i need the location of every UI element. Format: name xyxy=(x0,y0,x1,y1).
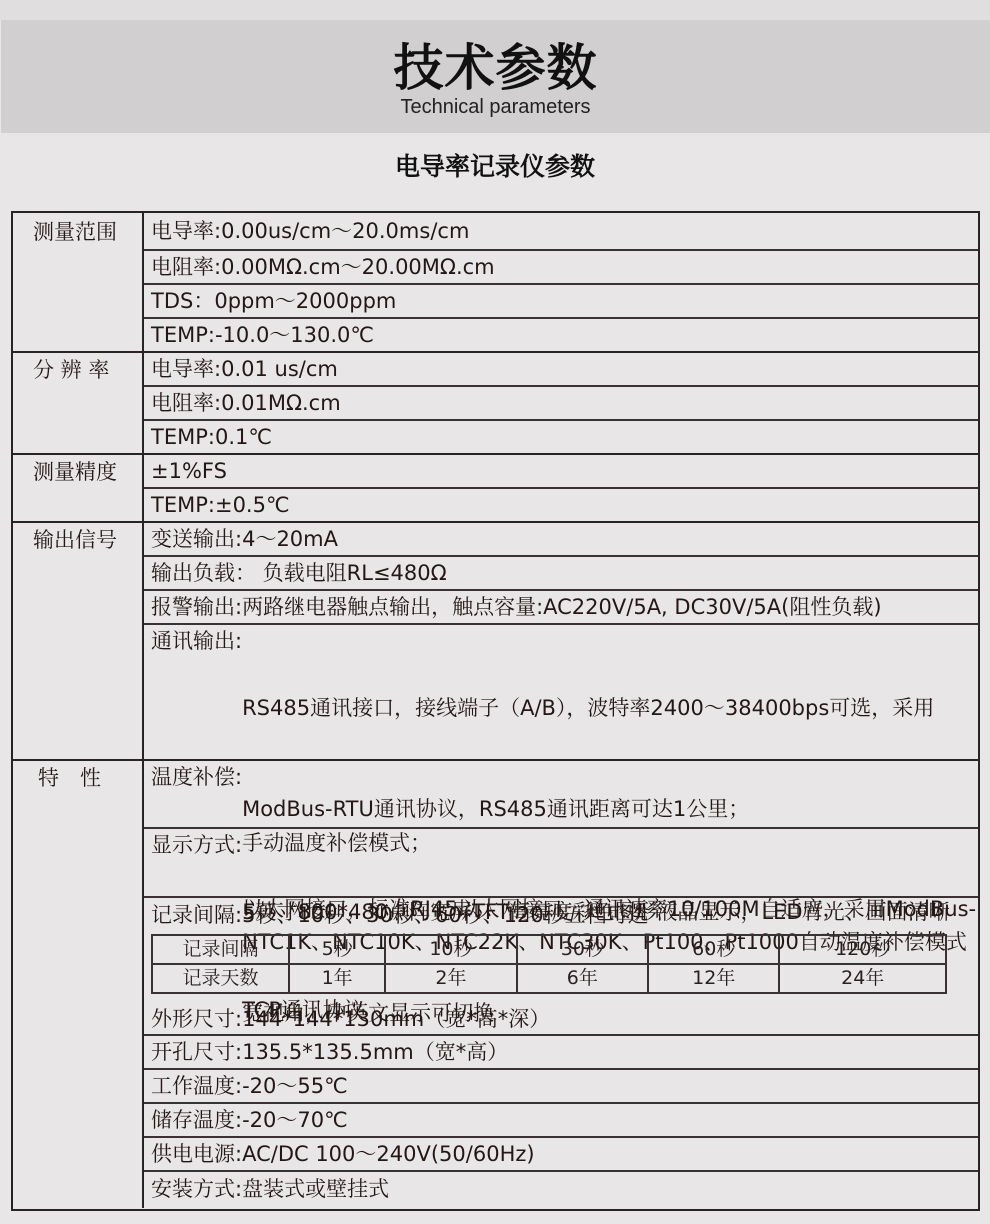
spec-label: TEMP: xyxy=(151,319,215,351)
spec-row: 工作温度: -20～55℃ xyxy=(144,1068,978,1102)
spec-label: 变送输出: xyxy=(151,523,242,555)
spec-group-output-signal: 输出信号 变送输出: 4～20mA 输出负载： 负载电阻RL≤480Ω 报警输出… xyxy=(13,521,978,759)
table-cell: 6年 xyxy=(517,964,648,993)
spec-row: ±1%FS xyxy=(144,455,978,487)
spec-group-features: 特 性 温度补偿: 手动温度补偿模式； NTC1K、NTC10K、NTC22K、… xyxy=(13,759,978,1208)
spec-group-measurement-range: 测量范围 电导率: 0.00us/cm～20.0ms/cm 电阻率: 0.00M… xyxy=(13,213,978,351)
spec-row-record-interval: 记录间隔:5秒、10秒、30秒、60秒、120秒五档可选 记录间隔 5秒 10秒… xyxy=(144,896,978,1034)
spec-row: 电导率: 0.01 us/cm xyxy=(144,353,978,385)
spec-row: 通讯输出: RS485通讯接口，接线端子（A/B），波特率2400～38400b… xyxy=(144,623,978,759)
spec-row: 供电电源: AC/DC 100～240V(50/60Hz) xyxy=(144,1136,978,1170)
spec-value: -20～55℃ xyxy=(242,1070,978,1102)
table-cell: 2年 xyxy=(385,964,516,993)
spec-label: 储存温度: xyxy=(151,1104,242,1136)
record-interval-table: 记录间隔 5秒 10秒 30秒 60秒 120秒 记录天数 1年 2年 6年 1… xyxy=(151,934,947,994)
spec-label: 输出负载： xyxy=(151,557,256,589)
spec-group-resolution: 分 辨 率 电导率: 0.01 us/cm 电阻率: 0.01MΩ.cm TEM… xyxy=(13,351,978,453)
table-cell: 1年 xyxy=(289,964,385,993)
table-cell: 记录间隔 xyxy=(152,935,289,964)
spec-label: TEMP: xyxy=(151,421,215,453)
category-label: 特 性 xyxy=(13,761,144,1208)
spec-label: 温度补偿: xyxy=(151,761,242,794)
spec-value: 0.1℃ xyxy=(215,421,978,453)
table-cell: 10秒 xyxy=(385,935,516,964)
spec-row: 温度补偿: 手动温度补偿模式； NTC1K、NTC10K、NTC22K、NTC3… xyxy=(144,761,978,827)
record-days-row: 记录天数 1年 2年 6年 12年 24年 xyxy=(152,964,946,993)
spec-value: 5秒、10秒、30秒、60秒、120秒五档可选 xyxy=(242,903,649,927)
spec-row: 显示方式: 5英寸800*480点阵宽屏TFT高亮度彩色图形液晶显示，LED背光… xyxy=(144,827,978,896)
page-subtitle-english: Technical parameters xyxy=(1,95,990,119)
spec-value: 0.00MΩ.cm～20.00MΩ.cm xyxy=(221,251,978,283)
spec-value: ±0.5℃ xyxy=(215,489,978,521)
spec-row: 报警输出: 两路继电器触点输出，触点容量:AC220V/5A, DC30V/5A… xyxy=(144,589,978,623)
spec-value: 负载电阻RL≤480Ω xyxy=(256,557,978,589)
spec-table: 测量范围 电导率: 0.00us/cm～20.0ms/cm 电阻率: 0.00M… xyxy=(11,211,980,1211)
top-strip xyxy=(0,0,990,20)
spec-row: 输出负载： 负载电阻RL≤480Ω xyxy=(144,555,978,589)
spec-value: 0.01MΩ.cm xyxy=(221,387,978,419)
spec-label: TDS： xyxy=(151,285,214,317)
spec-label: 电导率: xyxy=(151,213,221,249)
spec-row: 电阻率: 0.01MΩ.cm xyxy=(144,385,978,419)
spec-row: TDS： 0ppm～2000ppm xyxy=(144,283,978,317)
spec-label: 电阻率: xyxy=(151,251,221,283)
spec-value: 4～20mA xyxy=(242,523,978,555)
spec-row: 安装方式: 盘装式或壁挂式 xyxy=(144,1170,978,1208)
spec-row: TEMP: ±0.5℃ xyxy=(144,487,978,521)
table-cell: 记录天数 xyxy=(152,964,289,993)
spec-label: 显示方式: xyxy=(151,829,242,863)
spec-value: 0.01 us/cm xyxy=(221,353,978,385)
category-label: 输出信号 xyxy=(13,523,144,759)
spec-value-line: 记录间隔:5秒、10秒、30秒、60秒、120秒五档可选 xyxy=(151,898,978,932)
section-title: 电导率记录仪参数 xyxy=(0,151,990,183)
spec-value: 盘装式或壁挂式 xyxy=(242,1172,978,1206)
table-cell: 5秒 xyxy=(289,935,385,964)
table-cell: 30秒 xyxy=(517,935,648,964)
spec-label: 开孔尺寸: xyxy=(151,1036,242,1068)
spec-label: 电导率: xyxy=(151,353,221,385)
spec-value: 两路继电器触点输出，触点容量:AC220V/5A, DC30V/5A(阻性负载) xyxy=(242,591,978,623)
spec-value: 0.00us/cm～20.0ms/cm xyxy=(221,213,978,249)
table-cell: 24年 xyxy=(779,964,946,993)
record-interval-row: 记录间隔 5秒 10秒 30秒 60秒 120秒 xyxy=(152,935,946,964)
spec-group-accuracy: 测量精度 ±1%FS TEMP: ±0.5℃ xyxy=(13,453,978,521)
spec-row: 变送输出: 4～20mA xyxy=(144,523,978,555)
spec-row: TEMP: -10.0～130.0℃ xyxy=(144,317,978,351)
spec-value: -10.0～130.0℃ xyxy=(215,319,978,351)
spec-value: ±1%FS xyxy=(151,455,978,487)
category-label: 测量精度 xyxy=(13,455,144,521)
spec-row: TEMP: 0.1℃ xyxy=(144,419,978,453)
table-cell: 60秒 xyxy=(648,935,779,964)
spec-row: 开孔尺寸: 135.5*135.5mm（宽*高） xyxy=(144,1034,978,1068)
spec-label: 通讯输出: xyxy=(151,625,242,659)
spec-value: -20～70℃ xyxy=(242,1104,978,1136)
spec-row: 电阻率: 0.00MΩ.cm～20.00MΩ.cm xyxy=(144,249,978,283)
spec-label: 安装方式: xyxy=(151,1172,242,1206)
spec-value-line: RS485通讯接口，接线端子（A/B），波特率2400～38400bps可选，采… xyxy=(242,692,978,726)
page-title: 技术参数 xyxy=(1,40,990,96)
table-cell: 120秒 xyxy=(779,935,946,964)
spec-label: 记录间隔: xyxy=(151,903,242,927)
spec-row: 电导率: 0.00us/cm～20.0ms/cm xyxy=(144,213,978,249)
spec-label: 电阻率: xyxy=(151,387,221,419)
spec-label: 工作温度: xyxy=(151,1070,242,1102)
header-banner: 技术参数 Technical parameters xyxy=(1,20,990,133)
category-label: 分 辨 率 xyxy=(13,353,144,453)
spec-value: 135.5*135.5mm（宽*高） xyxy=(242,1036,978,1068)
spec-row: 储存温度: -20～70℃ xyxy=(144,1102,978,1136)
spec-value-line-dimensions: 外形尺寸:144*144*130mm（宽*高*深） xyxy=(151,1002,978,1036)
category-label: 测量范围 xyxy=(13,213,144,351)
spec-value: AC/DC 100～240V(50/60Hz) xyxy=(242,1138,978,1170)
table-cell: 12年 xyxy=(648,964,779,993)
spec-label: 报警输出: xyxy=(151,591,242,623)
spec-value: 0ppm～2000ppm xyxy=(214,285,978,317)
spec-label: TEMP: xyxy=(151,489,215,521)
spec-label: 供电电源: xyxy=(151,1138,242,1170)
